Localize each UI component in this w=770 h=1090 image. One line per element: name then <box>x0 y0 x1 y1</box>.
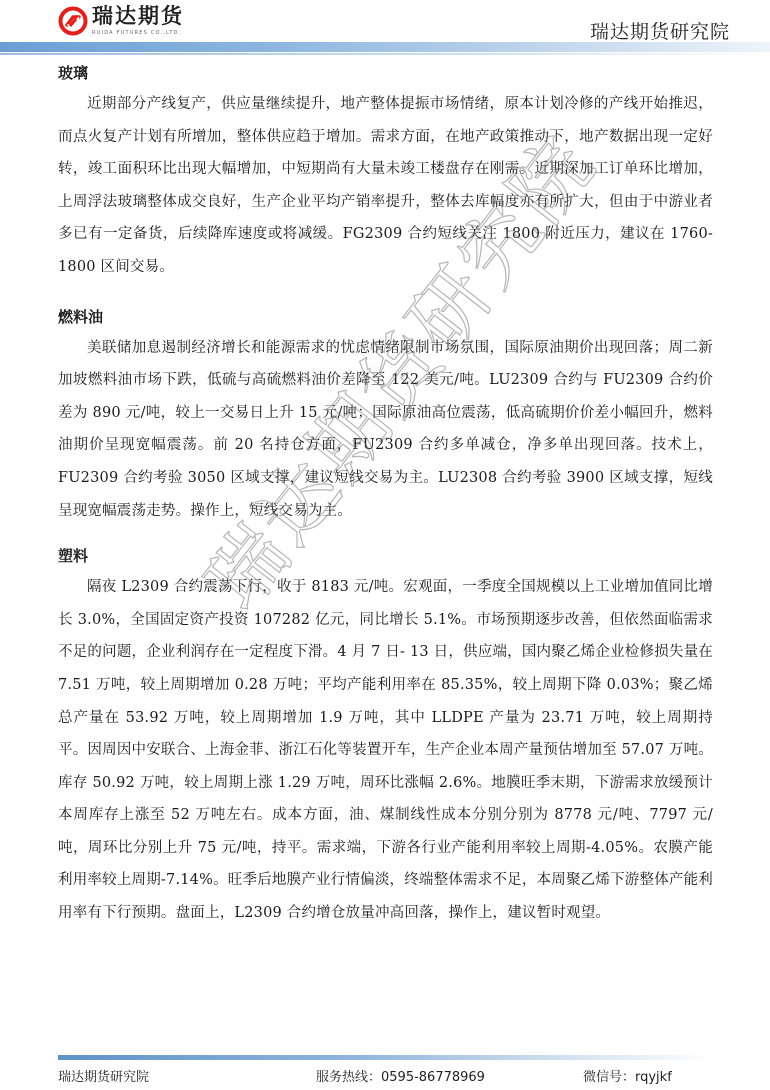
footer-org: 瑞达期货研究院 <box>58 1066 149 1085</box>
footer-gradient-bar <box>58 1055 713 1060</box>
section-fuel-oil: 燃料油 美联储加息遏制经济增长和能源需求的忧虑情绪限制市场氛围，国际原油期价出现… <box>58 302 713 528</box>
page-footer: 瑞达期货研究院 服务热线：0595-86778969 微信号：rqyjkf <box>58 1066 713 1086</box>
section-body: 近期部分产线复产，供应量继续提升，地产整体提振市场情绪，原本计划冷修的产线开始推… <box>58 88 713 284</box>
header-title: 瑞达期货研究院 <box>590 17 730 44</box>
footer-wechat: 微信号：rqyjkf <box>583 1066 672 1085</box>
header-gradient-bar <box>0 42 770 52</box>
logo-english-name: RUIDA FUTURES CO.,LTD. <box>92 29 184 37</box>
company-logo: 瑞达期货 RUIDA FUTURES CO.,LTD. <box>58 4 184 37</box>
section-title: 塑料 <box>58 541 713 571</box>
logo-chinese-name: 瑞达期货 <box>92 4 184 28</box>
ruida-swirl-logo-icon <box>58 6 88 36</box>
section-body: 美联储加息遏制经济增长和能源需求的忧虑情绪限制市场氛围，国际原油期价出现回落；周… <box>58 332 713 528</box>
header-divider <box>0 53 770 55</box>
section-body: 隔夜 L2309 合约震荡下行，收于 8183 元/吨。宏观面，一季度全国规模以… <box>58 571 713 930</box>
section-title: 玻璃 <box>58 58 713 88</box>
report-content: 玻璃 近期部分产线复产，供应量继续提升，地产整体提振市场情绪，原本计划冷修的产线… <box>58 58 713 930</box>
section-plastic: 塑料 隔夜 L2309 合约震荡下行，收于 8183 元/吨。宏观面，一季度全国… <box>58 541 713 930</box>
section-glass: 玻璃 近期部分产线复产，供应量继续提升，地产整体提振市场情绪，原本计划冷修的产线… <box>58 58 713 284</box>
page-header: 瑞达期货 RUIDA FUTURES CO.,LTD. 瑞达期货研究院 <box>0 0 770 56</box>
section-title: 燃料油 <box>58 302 713 332</box>
footer-hotline: 服务热线：0595-86778969 <box>316 1066 485 1085</box>
